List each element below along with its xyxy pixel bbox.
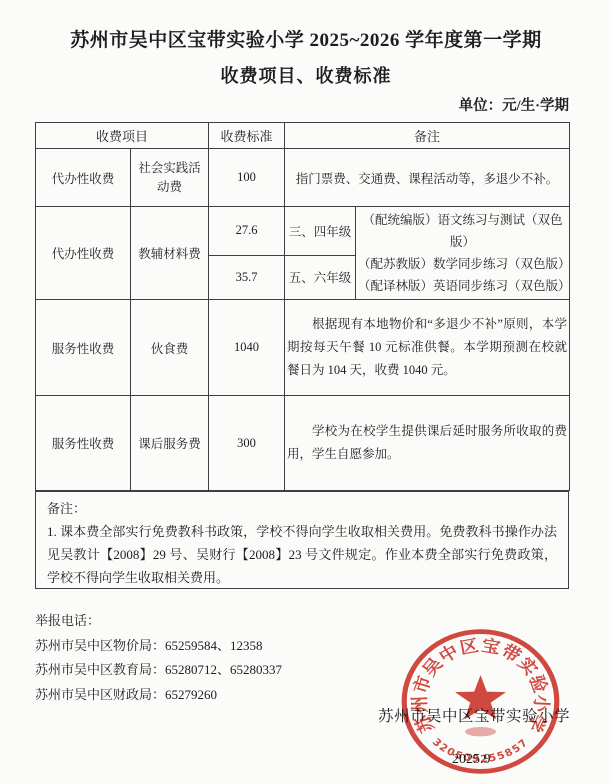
seal-smudge bbox=[465, 727, 496, 736]
header-item: 收费项目 bbox=[36, 123, 209, 149]
category-cell: 服务性收费 bbox=[36, 300, 131, 396]
table-row: 代办性收费 教辅材料费 27.6 三、四年级 （配统编版）语文练习与测试（双色版… bbox=[36, 207, 570, 256]
standard-cell: 300 bbox=[209, 396, 285, 491]
fee-name-cell: 课后服务费 bbox=[131, 396, 209, 491]
official-seal: 苏州市吴中区宝带实验小学 320509255857 bbox=[398, 626, 563, 777]
hotline-line: 苏州市吴中区教育局：65280712、65280337 bbox=[35, 658, 282, 683]
hotline-line: 苏州市吴中区物价局：65259584、12358 bbox=[35, 634, 282, 659]
page-title: 苏州市吴中区宝带实验小学 2025~2026 学年度第一学期 bbox=[0, 25, 612, 52]
table-row: 代办性收费 社会实践活动费 100 指门票费、交通费、课程活动等，多退少不补。 bbox=[36, 149, 570, 207]
remark-text: 学校为在校学生提供课后延时服务所收取的费用，学生自愿参加。 bbox=[287, 420, 567, 466]
fee-name-cell: 教辅材料费 bbox=[131, 207, 209, 300]
standard-cell: 1040 bbox=[209, 300, 285, 396]
book-line: （配译林版）英语同步练习（双色版） bbox=[358, 275, 567, 297]
standard-cell: 27.6 bbox=[209, 207, 285, 256]
remark-cell: 根据现有本地物价和“多退少不补”原则，本学期按每天午餐 10 元标准供餐。本学期… bbox=[285, 300, 570, 396]
fee-table: 收费项目 收费标准 备注 代办性收费 社会实践活动费 100 指门票费、交通费、… bbox=[35, 122, 570, 491]
fee-name-cell: 伙食费 bbox=[131, 300, 209, 396]
seal-graphic: 苏州市吴中区宝带实验小学 320509255857 bbox=[398, 626, 563, 777]
header-remark: 备注 bbox=[285, 123, 570, 149]
remark-cell: 指门票费、交通费、课程活动等，多退少不补。 bbox=[285, 149, 570, 207]
book-line: （配苏教版）数学同步练习（双色版） bbox=[358, 253, 567, 275]
hotline-section: 举报电话： 苏州市吴中区物价局：65259584、12358 苏州市吴中区教育局… bbox=[35, 609, 282, 707]
hotline-label: 举报电话： bbox=[35, 609, 282, 634]
category-cell: 服务性收费 bbox=[36, 396, 131, 491]
table-row: 服务性收费 伙食费 1040 根据现有本地物价和“多退少不补”原则，本学期按每天… bbox=[36, 300, 570, 396]
standard-cell: 100 bbox=[209, 149, 285, 207]
notes-text: 1. 课本费全部实行免费教科书政策，学校不得向学生收取相关费用。免费教科书操作办… bbox=[47, 520, 557, 589]
header-standard: 收费标准 bbox=[209, 123, 285, 149]
unit-note: 单位：元/生·学期 bbox=[35, 94, 569, 115]
fee-name: 社会实践活动费 bbox=[138, 159, 202, 197]
grade-cell: 五、六年级 bbox=[285, 255, 356, 299]
fee-name-cell: 社会实践活动费 bbox=[131, 149, 209, 207]
hotline-line: 苏州市吴中区财政局：65279260 bbox=[35, 683, 282, 708]
remark-text: 根据现有本地物价和“多退少不补”原则，本学期按每天午餐 10 元标准供餐。本学期… bbox=[287, 313, 567, 382]
table-row: 服务性收费 课后服务费 300 学校为在校学生提供课后延时服务所收取的费用，学生… bbox=[36, 396, 570, 491]
book-line: （配统编版）语文练习与测试（双色版） bbox=[358, 209, 567, 253]
category-cell: 代办性收费 bbox=[36, 149, 131, 207]
grade-cell: 三、四年级 bbox=[285, 207, 356, 256]
standard-cell: 35.7 bbox=[209, 255, 285, 299]
notes-label: 备注： bbox=[47, 497, 557, 520]
table-header-row: 收费项目 收费标准 备注 bbox=[36, 123, 570, 149]
notes-box: 备注： 1. 课本费全部实行免费教科书政策，学校不得向学生收取相关费用。免费教科… bbox=[35, 491, 569, 589]
star-icon bbox=[455, 675, 506, 719]
page-subtitle: 收费项目、收费标准 bbox=[0, 62, 612, 88]
category-cell: 代办性收费 bbox=[36, 207, 131, 300]
remark-cell: 学校为在校学生提供课后延时服务所收取的费用，学生自愿参加。 bbox=[285, 396, 570, 491]
books-cell: （配统编版）语文练习与测试（双色版） （配苏教版）数学同步练习（双色版） （配译… bbox=[356, 207, 570, 300]
